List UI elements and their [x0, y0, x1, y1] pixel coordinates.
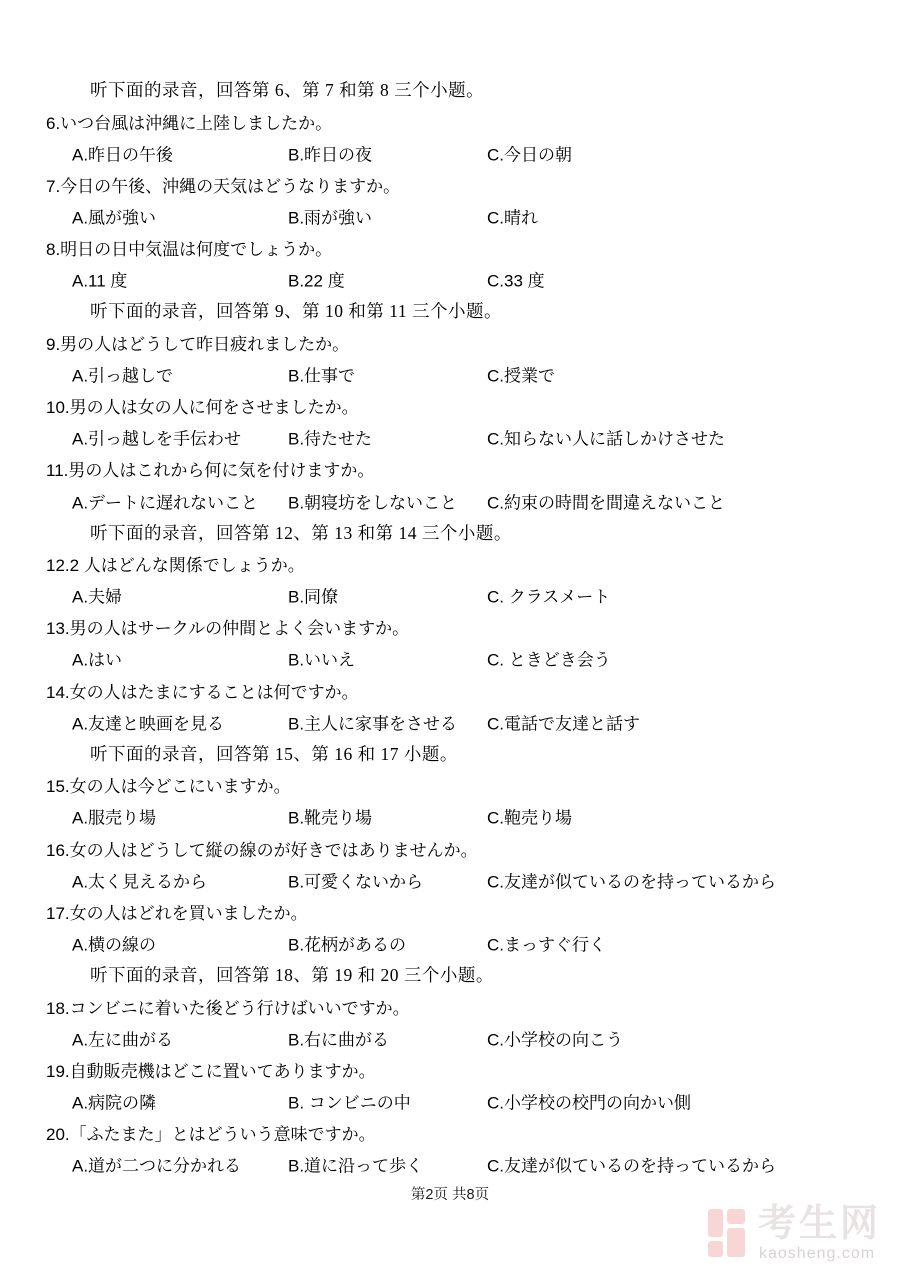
question-12: 12.2 人はどんな関係でしょうか。: [0, 548, 900, 580]
question-text: 7.今日の午後、沖縄の天気はどうなりますか。: [46, 172, 400, 197]
options-row-14: A.友達と映画を見る B.主人に家事をさせる C.電話で友達と話す: [0, 706, 900, 738]
option-b: B.仕事で: [288, 362, 355, 387]
option-b: B.朝寝坊をしないこと: [288, 488, 457, 513]
question-7: 7.今日の午後、沖縄の天気はどうなりますか。: [0, 169, 900, 201]
question-text: 11.男の人はこれから何に気を付けますか。: [46, 456, 374, 481]
question-text: 10.男の人は女の人に何をさせましたか。: [46, 393, 359, 418]
option-a: A.左に曲がる: [72, 1025, 173, 1050]
option-c: C.友達が似ているのを持っているから: [487, 1151, 776, 1176]
instruction-text: 听下面的录音，回答第 15、第 16 和 17 小题。: [90, 741, 458, 766]
option-a: A.デートに遅れないこと: [72, 488, 258, 513]
question-18: 18.コンビニに着いた後どう行けばいいですか。: [0, 990, 900, 1022]
question-text: 18.コンビニに着いた後どう行けばいいですか。: [46, 994, 410, 1019]
option-c: C. ときどき会う: [487, 646, 611, 671]
option-a: A.服売り場: [72, 804, 156, 829]
listening-instruction: 听下面的录音，回答第 12、第 13 和第 14 三个小题。: [0, 516, 900, 548]
question-9: 9.男の人はどうして昨日疲れましたか。: [0, 327, 900, 359]
question-text: 13.男の人はサークルの仲間とよく会いますか。: [46, 614, 409, 639]
question-text: 12.2 人はどんな関係でしょうか。: [46, 551, 305, 576]
option-b: B.右に曲がる: [288, 1025, 389, 1050]
instruction-text: 听下面的录音，回答第 18、第 19 和 20 三个小题。: [90, 962, 494, 987]
options-row-18: A.左に曲がる B.右に曲がる C.小学校の向こう: [0, 1022, 900, 1054]
option-c: C.まっすぐ行く: [487, 930, 606, 955]
option-b: B.主人に家事をさせる: [288, 709, 457, 734]
option-c: C.授業で: [487, 362, 555, 387]
option-b: B.靴売り場: [288, 804, 372, 829]
question-text: 17.女の人はどれを買いましたか。: [46, 899, 308, 924]
option-c: C.小学校の校門の向かい側: [487, 1088, 691, 1113]
option-a: A.昨日の午後: [72, 140, 173, 165]
option-c: C.鞄売り場: [487, 804, 572, 829]
option-c: C.友達が似ているのを持っているから: [487, 867, 776, 892]
question-19: 19.自動販売機はどこに置いてありますか。: [0, 1053, 900, 1085]
watermark-site-text: kaosheng.com: [759, 1245, 875, 1263]
options-row-8: A.11 度 B.22 度 C.33 度: [0, 264, 900, 296]
option-b: B.可愛くないから: [288, 867, 423, 892]
listening-instruction: 听下面的录音，回答第 9、第 10 和第 11 三个小题。: [0, 295, 900, 327]
option-a: A.友達と映画を見る: [72, 709, 224, 734]
page-number: 第2页 共8页: [411, 1187, 489, 1203]
option-c: C. クラスメート: [487, 583, 610, 608]
option-c: C.電話で友達と話す: [487, 709, 640, 734]
listening-instruction: 听下面的录音，回答第 6、第 7 和第 8 三个小题。: [0, 74, 900, 106]
logo-block: [708, 1241, 723, 1257]
option-a: A.引っ越しを手伝わせ: [72, 425, 241, 450]
question-10: 10.男の人は女の人に何をさせましたか。: [0, 390, 900, 422]
option-c: C.晴れ: [487, 204, 538, 229]
exam-body: 听下面的录音，回答第 6、第 7 和第 8 三个小题。 6.いつ台風は沖縄に上陸…: [0, 74, 900, 1180]
options-row-16: A.太く見えるから B.可愛くないから C.友達が似ているのを持っているから: [0, 864, 900, 896]
option-a: A.風が強い: [72, 204, 156, 229]
option-a: A.横の線の: [72, 930, 156, 955]
question-text: 20.「ふたまた」とはどういう意味ですか。: [46, 1120, 376, 1145]
question-20: 20.「ふたまた」とはどういう意味ですか。: [0, 1117, 900, 1149]
logo-block: [727, 1209, 745, 1224]
option-b: B.待たせた: [288, 425, 372, 450]
question-text: 9.男の人はどうして昨日疲れましたか。: [46, 330, 349, 355]
option-a: A.はい: [72, 646, 122, 671]
option-b: B.いいえ: [288, 646, 355, 671]
question-text: 19.自動販売機はどこに置いてありますか。: [46, 1057, 376, 1082]
question-6: 6.いつ台風は沖縄に上陸しましたか。: [0, 106, 900, 138]
question-15: 15.女の人は今どこにいますか。: [0, 769, 900, 801]
question-11: 11.男の人はこれから何に気を付けますか。: [0, 453, 900, 485]
options-row-13: A.はい B.いいえ C. ときどき会う: [0, 643, 900, 675]
option-c: C.今日の朝: [487, 140, 572, 165]
option-b: B.道に沿って歩く: [288, 1151, 423, 1176]
option-a: A.11 度: [72, 267, 127, 292]
question-text: 15.女の人は今どこにいますか。: [46, 772, 291, 797]
options-row-9: A.引っ越しで B.仕事で C.授業で: [0, 358, 900, 390]
option-a: A.夫婦: [72, 583, 122, 608]
option-b: B. コンビニの中: [288, 1088, 411, 1113]
instruction-text: 听下面的录音，回答第 6、第 7 和第 8 三个小题。: [90, 77, 484, 102]
watermark-brand-text: 考生网: [758, 1205, 881, 1243]
options-row-20: A.道が二つに分かれる B.道に沿って歩く C.友達が似ているのを持っているから: [0, 1148, 900, 1180]
options-row-15: A.服売り場 B.靴売り場 C.鞄売り場: [0, 801, 900, 833]
kaosheng-logo-icon: [708, 1209, 748, 1257]
option-b: B.昨日の夜: [288, 140, 372, 165]
listening-instruction: 听下面的录音，回答第 18、第 19 和 20 三个小题。: [0, 959, 900, 991]
exam-page: 听下面的录音，回答第 6、第 7 和第 8 三个小题。 6.いつ台風は沖縄に上陸…: [0, 0, 900, 1273]
options-row-11: A.デートに遅れないこと B.朝寝坊をしないこと C.約束の時間を間違えないこと: [0, 485, 900, 517]
instruction-text: 听下面的录音，回答第 12、第 13 和第 14 三个小题。: [90, 520, 512, 545]
option-b: B.同僚: [288, 583, 338, 608]
question-text: 14.女の人はたまにすることは何ですか。: [46, 678, 359, 703]
option-b: B.22 度: [288, 267, 345, 292]
logo-block: [727, 1228, 745, 1257]
listening-instruction: 听下面的录音，回答第 15、第 16 和 17 小题。: [0, 737, 900, 769]
option-a: A.道が二つに分かれる: [72, 1151, 241, 1176]
options-row-7: A.風が強い B.雨が強い C.晴れ: [0, 200, 900, 232]
question-text: 6.いつ台風は沖縄に上陸しましたか。: [46, 109, 332, 134]
question-text: 16.女の人はどうして縦の線のが好きではありませんか。: [46, 836, 478, 861]
page-footer: 第2页 共8页: [0, 1183, 900, 1204]
option-a: A.引っ越しで: [72, 362, 173, 387]
option-a: A.病院の隣: [72, 1088, 156, 1113]
option-c: C.知らない人に話しかけさせた: [487, 425, 725, 450]
logo-block: [708, 1209, 723, 1237]
options-row-12: A.夫婦 B.同僚 C. クラスメート: [0, 580, 900, 612]
options-row-10: A.引っ越しを手伝わせ B.待たせた C.知らない人に話しかけさせた: [0, 422, 900, 454]
option-c: C.33 度: [487, 267, 545, 292]
question-text: 8.明日の日中気温は何度でしょうか。: [46, 235, 332, 260]
option-a: A.太く見えるから: [72, 867, 207, 892]
kaosheng-watermark: 考生网 kaosheng.com: [702, 1203, 892, 1265]
options-row-19: A.病院の隣 B. コンビニの中 C.小学校の校門の向かい側: [0, 1085, 900, 1117]
options-row-6: A.昨日の午後 B.昨日の夜 C.今日の朝: [0, 137, 900, 169]
instruction-text: 听下面的录音，回答第 9、第 10 和第 11 三个小题。: [90, 298, 502, 323]
question-14: 14.女の人はたまにすることは何ですか。: [0, 674, 900, 706]
option-b: B.花柄があるの: [288, 930, 406, 955]
question-16: 16.女の人はどうして縦の線のが好きではありませんか。: [0, 832, 900, 864]
question-8: 8.明日の日中気温は何度でしょうか。: [0, 232, 900, 264]
option-b: B.雨が強い: [288, 204, 372, 229]
question-17: 17.女の人はどれを買いましたか。: [0, 895, 900, 927]
option-c: C.約束の時間を間違えないこと: [487, 488, 725, 513]
options-row-17: A.横の線の B.花柄があるの C.まっすぐ行く: [0, 927, 900, 959]
question-13: 13.男の人はサークルの仲間とよく会いますか。: [0, 611, 900, 643]
option-c: C.小学校の向こう: [487, 1025, 623, 1050]
